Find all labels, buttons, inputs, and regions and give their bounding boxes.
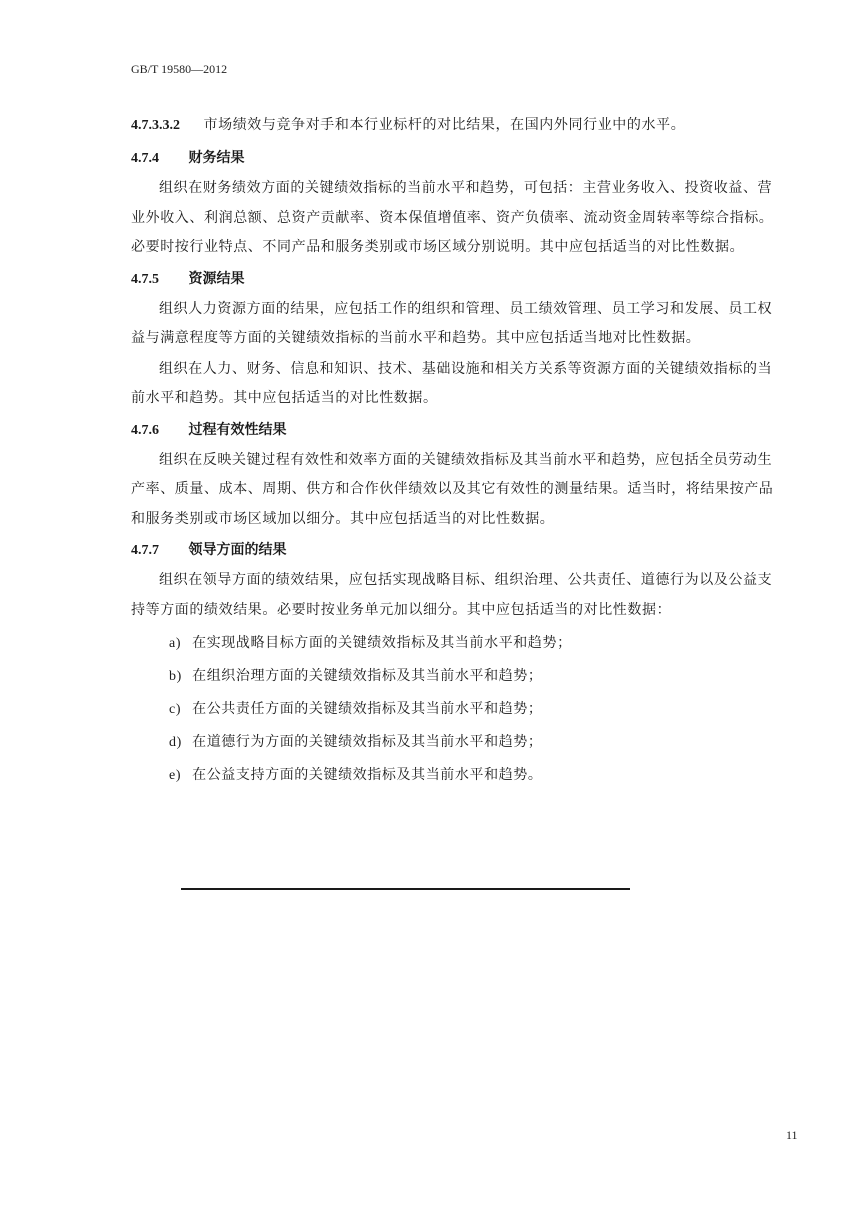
list-item-text: 在组织治理方面的关键绩效指标及其当前水平和趋势； [192, 669, 542, 684]
paragraph-line: 组织在领导方面的绩效结果，应包括实现战略目标、组织治理、公共责任、道德行为以及公… [131, 566, 801, 596]
section-heading-4-7-7: 4.7.7 领导方面的结果 [131, 535, 801, 566]
paragraph-resource-results: 组织在人力、财务、信息和知识、技术、基础设施和相关方关系等资源方面的关键绩效指标… [131, 355, 801, 414]
page-content: 4.7.3.3.2 市场绩效与竞争对手和本行业标杆的对比结果，在国内外同行业中的… [131, 110, 801, 792]
section-title: 财务结果 [189, 151, 245, 166]
list-item: a) 在实现战略目标方面的关键绩效指标及其当前水平和趋势； [131, 627, 801, 660]
paragraph-line: 前水平和趋势。其中应包括适当的对比性数据。 [131, 384, 801, 414]
list-item: b) 在组织治理方面的关键绩效指标及其当前水平和趋势； [131, 660, 801, 693]
paragraph-line: 产率、质量、成本、周期、供方和合作伙伴绩效以及其它有效性的测量结果。适当时，将结… [131, 475, 801, 505]
list-item: e) 在公益支持方面的关键绩效指标及其当前水平和趋势。 [131, 759, 801, 792]
paragraph-financial-results: 组织在财务绩效方面的关键绩效指标的当前水平和趋势，可包括：主营业务收入、投资收益… [131, 174, 801, 263]
list-item-text: 在公益支持方面的关键绩效指标及其当前水平和趋势。 [192, 768, 542, 783]
section-number: 4.7.6 [131, 415, 185, 446]
section-heading-4-7-6: 4.7.6 过程有效性结果 [131, 415, 801, 446]
list-item: d) 在道德行为方面的关键绩效指标及其当前水平和趋势； [131, 726, 801, 759]
paragraph-line: 必要时按行业特点、不同产品和服务类别或市场区域分别说明。其中应包括适当的对比性数… [131, 233, 801, 263]
running-header-standard-code: GB/T 19580—2012 [131, 62, 227, 77]
list-item-text: 在公共责任方面的关键绩效指标及其当前水平和趋势； [192, 702, 542, 717]
paragraph-process-results: 组织在反映关键过程有效性和效率方面的关键绩效指标及其当前水平和趋势，应包括全员劳… [131, 446, 801, 535]
paragraph-line: 和服务类别或市场区域加以细分。其中应包括适当的对比性数据。 [131, 505, 801, 535]
clause-4-7-3-3-2: 4.7.3.3.2 市场绩效与竞争对手和本行业标杆的对比结果，在国内外同行业中的… [131, 110, 801, 141]
document-page: GB/T 19580—2012 4.7.3.3.2 市场绩效与竞争对手和本行业标… [0, 0, 860, 1215]
paragraph-line: 组织在人力、财务、信息和知识、技术、基础设施和相关方关系等资源方面的关键绩效指标… [131, 355, 801, 385]
paragraph-line: 组织在反映关键过程有效性和效率方面的关键绩效指标及其当前水平和趋势，应包括全员劳… [131, 446, 801, 476]
paragraph-line: 益与满意程度等方面的关键绩效指标的当前水平和趋势。其中应包括适当地对比性数据。 [131, 324, 801, 354]
section-number: 4.7.5 [131, 264, 185, 295]
page-number: 11 [786, 1128, 798, 1143]
paragraph-line: 持等方面的绩效结果。必要时按业务单元加以细分。其中应包括适当的对比性数据： [131, 596, 801, 626]
section-number: 4.7.7 [131, 535, 185, 566]
clause-number: 4.7.3.3.2 [131, 110, 200, 141]
list-marker: e) [169, 759, 188, 792]
list-marker: c) [169, 693, 188, 726]
list-marker: a) [169, 627, 188, 660]
paragraph-hr-results: 组织人力资源方面的结果，应包括工作的组织和管理、员工绩效管理、员工学习和发展、员… [131, 295, 801, 354]
section-heading-4-7-4: 4.7.4 财务结果 [131, 143, 801, 174]
leadership-results-list: a) 在实现战略目标方面的关键绩效指标及其当前水平和趋势； b) 在组织治理方面… [131, 627, 801, 792]
end-of-standard-rule [181, 888, 630, 890]
clause-text: 市场绩效与竞争对手和本行业标杆的对比结果，在国内外同行业中的水平。 [204, 118, 686, 133]
paragraph-line: 业外收入、利润总额、总资产贡献率、资本保值增值率、资产负债率、流动资金周转率等综… [131, 204, 801, 234]
list-marker: d) [169, 726, 188, 759]
list-item-text: 在实现战略目标方面的关键绩效指标及其当前水平和趋势； [192, 636, 572, 651]
section-number: 4.7.4 [131, 143, 185, 174]
paragraph-leadership-results: 组织在领导方面的绩效结果，应包括实现战略目标、组织治理、公共责任、道德行为以及公… [131, 566, 801, 625]
list-item-text: 在道德行为方面的关键绩效指标及其当前水平和趋势； [192, 735, 542, 750]
section-title: 资源结果 [189, 272, 245, 287]
list-item: c) 在公共责任方面的关键绩效指标及其当前水平和趋势； [131, 693, 801, 726]
section-title: 过程有效性结果 [189, 423, 287, 438]
paragraph-line: 组织在财务绩效方面的关键绩效指标的当前水平和趋势，可包括：主营业务收入、投资收益… [131, 174, 801, 204]
list-marker: b) [169, 660, 188, 693]
section-title: 领导方面的结果 [189, 543, 287, 558]
section-heading-4-7-5: 4.7.5 资源结果 [131, 264, 801, 295]
paragraph-line: 组织人力资源方面的结果，应包括工作的组织和管理、员工绩效管理、员工学习和发展、员… [131, 295, 801, 325]
